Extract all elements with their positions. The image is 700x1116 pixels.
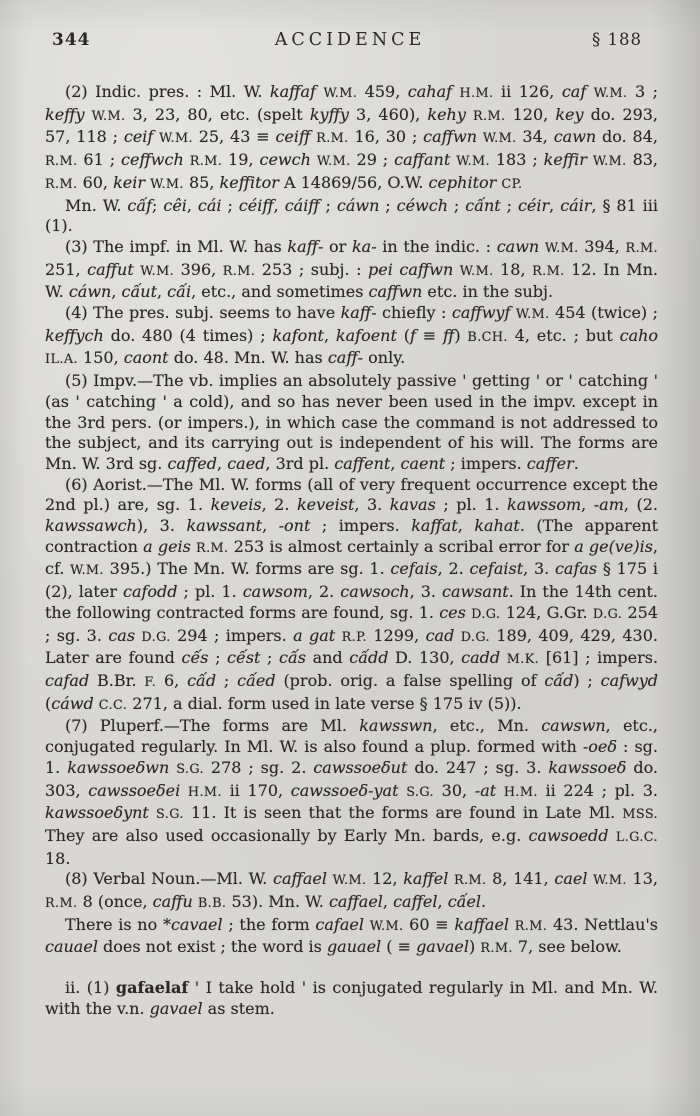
book-page: 344 ACCIDENCE § 188 (2) Indic. pres. : M… bbox=[0, 0, 700, 1116]
para-aorist: (6) Aorist.—The Ml. W. forms (all of ver… bbox=[45, 475, 658, 717]
para-indic-pres: (2) Indic. pres. : Ml. W. kaffaf W.M. 45… bbox=[45, 82, 658, 196]
page-number: 344 bbox=[52, 30, 91, 50]
para-pres-subj: (4) The pres. subj. seems to have kaff- … bbox=[45, 303, 658, 371]
para-mn-w-forms: Mn. W. cấf; cêi, cái ; céiff, cáiff ; cá… bbox=[45, 196, 658, 237]
para-impv: (5) Impv.—The vb. implies an absolutely … bbox=[45, 371, 658, 475]
page-header: 344 ACCIDENCE § 188 bbox=[0, 0, 700, 56]
section-reference: § 188 bbox=[592, 30, 642, 49]
para-impf: (3) The impf. in Ml. W. has kaff- or ka-… bbox=[45, 237, 658, 303]
para-verbal-noun: (8) Verbal Noun.—Ml. W. caffael W.M. 12,… bbox=[45, 869, 658, 914]
para-pluperf: (7) Pluperf.—The forms are Ml. kawsswn, … bbox=[45, 716, 658, 869]
page-body: (2) Indic. pres. : Ml. W. kaffaf W.M. 45… bbox=[0, 56, 700, 1020]
para-gafaelaf: ii. (1) gafaelaf ' I take hold ' is conj… bbox=[45, 978, 658, 1019]
para-cavael-note: There is no *cavael ; the form cafael W.… bbox=[45, 915, 658, 960]
running-title: ACCIDENCE bbox=[275, 30, 426, 50]
